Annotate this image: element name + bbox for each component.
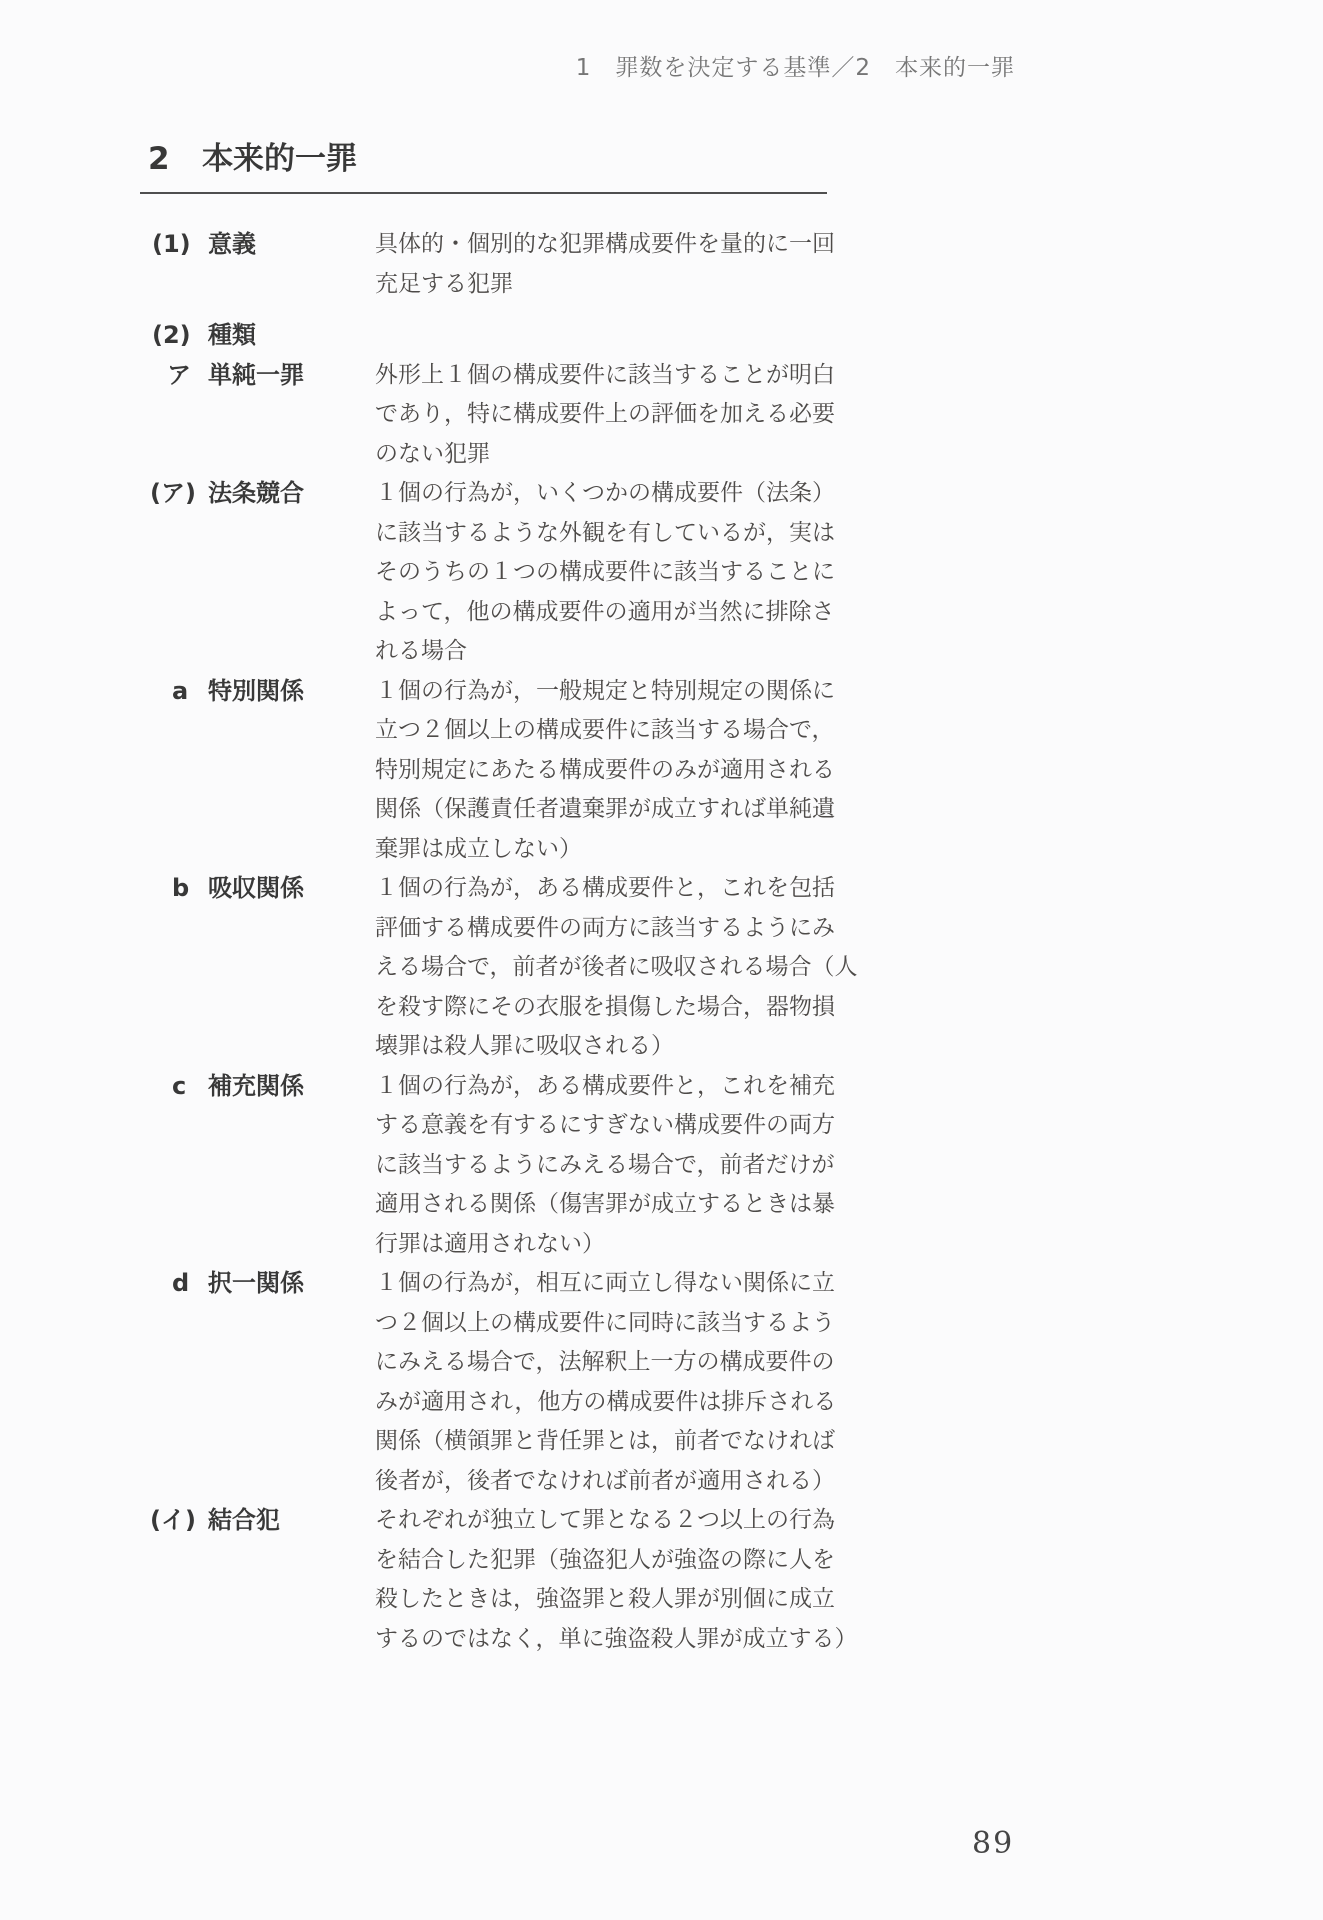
row-term: 結合犯 — [208, 1506, 280, 1534]
running-header: 1 罪数を決定する基準／2 本来的一罪 — [140, 0, 1015, 84]
body-line: であり，特に構成要件上の評価を加える必要 — [375, 395, 1323, 435]
definition-row: (2)種類 — [140, 316, 1323, 356]
row-marker: ア — [140, 356, 208, 396]
definition-row: c補充関係 １個の行為が，ある構成要件と，これを補充する意義を有するにすぎない構… — [140, 1067, 1323, 1265]
body-line: １個の行為が，ある構成要件と，これを包括 — [375, 869, 1323, 909]
row-term: 択一関係 — [208, 1269, 304, 1297]
row-label: (1)意義 — [140, 225, 375, 265]
definition-row: (イ)結合犯 それぞれが独立して罪となる２つ以上の行為を結合した犯罪（強盗犯人が… — [140, 1501, 1323, 1659]
row-term: 補充関係 — [208, 1072, 304, 1100]
definition-list: (1)意義 具体的・個別的な犯罪構成要件を量的に一回充足する犯罪 (2)種類 ア… — [140, 225, 1323, 1659]
definition-row: ア単純一罪 外形上１個の構成要件に該当することが明白であり，特に構成要件上の評価… — [140, 356, 1323, 475]
row-definition: それぞれが独立して罪となる２つ以上の行為を結合した犯罪（強盗犯人が強盗の際に人を… — [375, 1501, 1323, 1659]
row-marker: a — [140, 672, 208, 712]
definition-row: (1)意義 具体的・個別的な犯罪構成要件を量的に一回充足する犯罪 — [140, 225, 1323, 304]
body-line: それぞれが独立して罪となる２つ以上の行為 — [375, 1501, 1323, 1541]
body-line: に該当するようにみえる場合で，前者だけが — [375, 1146, 1323, 1186]
heading-divider — [140, 192, 827, 194]
row-label: c補充関係 — [140, 1067, 375, 1107]
body-line: にみえる場合で，法解釈上一方の構成要件の — [375, 1343, 1323, 1383]
row-definition: １個の行為が，一般規定と特別規定の関係に立つ２個以上の構成要件に該当する場合で，… — [375, 672, 1323, 870]
body-line: 行罪は適用されない） — [375, 1225, 1323, 1265]
book-page: 1 罪数を決定する基準／2 本来的一罪 2本来的一罪 (1)意義 具体的・個別的… — [0, 0, 1323, 1920]
row-definition: １個の行為が，ある構成要件と，これを包括評価する構成要件の両方に該当するようにみ… — [375, 869, 1323, 1067]
row-term: 単純一罪 — [208, 361, 304, 389]
row-definition: 外形上１個の構成要件に該当することが明白であり，特に構成要件上の評価を加える必要… — [375, 356, 1323, 475]
definition-row: a特別関係 １個の行為が，一般規定と特別規定の関係に立つ２個以上の構成要件に該当… — [140, 672, 1323, 870]
body-line: 具体的・個別的な犯罪構成要件を量的に一回 — [375, 225, 1323, 265]
page-content: 1 罪数を決定する基準／2 本来的一罪 2本来的一罪 (1)意義 具体的・個別的… — [0, 0, 1323, 1659]
body-line: １個の行為が，一般規定と特別規定の関係に — [375, 672, 1323, 712]
definition-row: (ア)法条競合 １個の行為が，いくつかの構成要件（法条）に該当するような外観を有… — [140, 474, 1323, 672]
body-line: １個の行為が，ある構成要件と，これを補充 — [375, 1067, 1323, 1107]
body-line: 外形上１個の構成要件に該当することが明白 — [375, 356, 1323, 396]
row-marker: (1) — [140, 225, 208, 265]
section-title: 本来的一罪 — [202, 141, 357, 177]
row-term: 法条競合 — [208, 479, 304, 507]
row-definition: １個の行為が，相互に両立し得ない関係に立つ２個以上の構成要件に同時に該当するよう… — [375, 1264, 1323, 1501]
row-label: d択一関係 — [140, 1264, 375, 1304]
row-term: 種類 — [208, 321, 256, 349]
body-line: そのうちの１つの構成要件に該当することに — [375, 553, 1323, 593]
row-marker: d — [140, 1264, 208, 1304]
body-line: を結合した犯罪（強盗犯人が強盗の際に人を — [375, 1541, 1323, 1581]
row-marker: (2) — [140, 316, 208, 356]
row-definition: １個の行為が，ある構成要件と，これを補充する意義を有するにすぎない構成要件の両方… — [375, 1067, 1323, 1265]
row-label: b吸収関係 — [140, 869, 375, 909]
row-label: (イ)結合犯 — [140, 1501, 375, 1541]
row-label: (ア)法条競合 — [140, 474, 375, 514]
body-line: れる場合 — [375, 632, 1323, 672]
row-definition: 具体的・個別的な犯罪構成要件を量的に一回充足する犯罪 — [375, 225, 1323, 304]
body-line: 適用される関係（傷害罪が成立するときは暴 — [375, 1185, 1323, 1225]
row-term: 吸収関係 — [208, 874, 304, 902]
body-line: 立つ２個以上の構成要件に該当する場合で， — [375, 711, 1323, 751]
body-line: 壊罪は殺人罪に吸収される） — [375, 1027, 1323, 1067]
body-line: よって，他の構成要件の適用が当然に排除さ — [375, 593, 1323, 633]
body-line: を殺す際にその衣服を損傷した場合，器物損 — [375, 988, 1323, 1028]
section-heading: 2本来的一罪 — [140, 138, 1323, 180]
definition-row: d択一関係 １個の行為が，相互に両立し得ない関係に立つ２個以上の構成要件に同時に… — [140, 1264, 1323, 1501]
body-line: １個の行為が，相互に両立し得ない関係に立 — [375, 1264, 1323, 1304]
body-line: 後者が，後者でなければ前者が適用される） — [375, 1462, 1323, 1502]
row-label: a特別関係 — [140, 672, 375, 712]
row-marker: (イ) — [140, 1501, 208, 1541]
body-line: のない犯罪 — [375, 435, 1323, 475]
body-line: 棄罪は成立しない） — [375, 830, 1323, 870]
row-marker: b — [140, 869, 208, 909]
body-line: に該当するような外観を有しているが，実は — [375, 514, 1323, 554]
body-line: 関係（保護責任者遺棄罪が成立すれば単純遺 — [375, 790, 1323, 830]
body-line: みが適用され，他方の構成要件は排斥される — [375, 1383, 1323, 1423]
body-line: 関係（横領罪と背任罪とは，前者でなければ — [375, 1422, 1323, 1462]
body-line: 充足する犯罪 — [375, 265, 1323, 305]
body-line: １個の行為が，いくつかの構成要件（法条） — [375, 474, 1323, 514]
body-line: 殺したときは，強盗罪と殺人罪が別個に成立 — [375, 1580, 1323, 1620]
page-number: 89 — [972, 1826, 1014, 1861]
body-line: 評価する構成要件の両方に該当するようにみ — [375, 909, 1323, 949]
body-line: する意義を有するにすぎない構成要件の両方 — [375, 1106, 1323, 1146]
body-line: つ２個以上の構成要件に同時に該当するよう — [375, 1304, 1323, 1344]
row-marker: c — [140, 1067, 208, 1107]
row-label: (2)種類 — [140, 316, 375, 356]
body-line: える場合で，前者が後者に吸収される場合（人 — [375, 948, 1323, 988]
body-line: するのではなく，単に強盗殺人罪が成立する） — [375, 1620, 1323, 1660]
definition-row: b吸収関係 １個の行為が，ある構成要件と，これを包括評価する構成要件の両方に該当… — [140, 869, 1323, 1067]
row-marker: (ア) — [140, 474, 208, 514]
row-term: 意義 — [208, 230, 256, 258]
body-line: 特別規定にあたる構成要件のみが適用される — [375, 751, 1323, 791]
row-label: ア単純一罪 — [140, 356, 375, 396]
row-term: 特別関係 — [208, 677, 304, 705]
row-definition: １個の行為が，いくつかの構成要件（法条）に該当するような外観を有しているが，実は… — [375, 474, 1323, 672]
section-number: 2 — [140, 138, 202, 180]
